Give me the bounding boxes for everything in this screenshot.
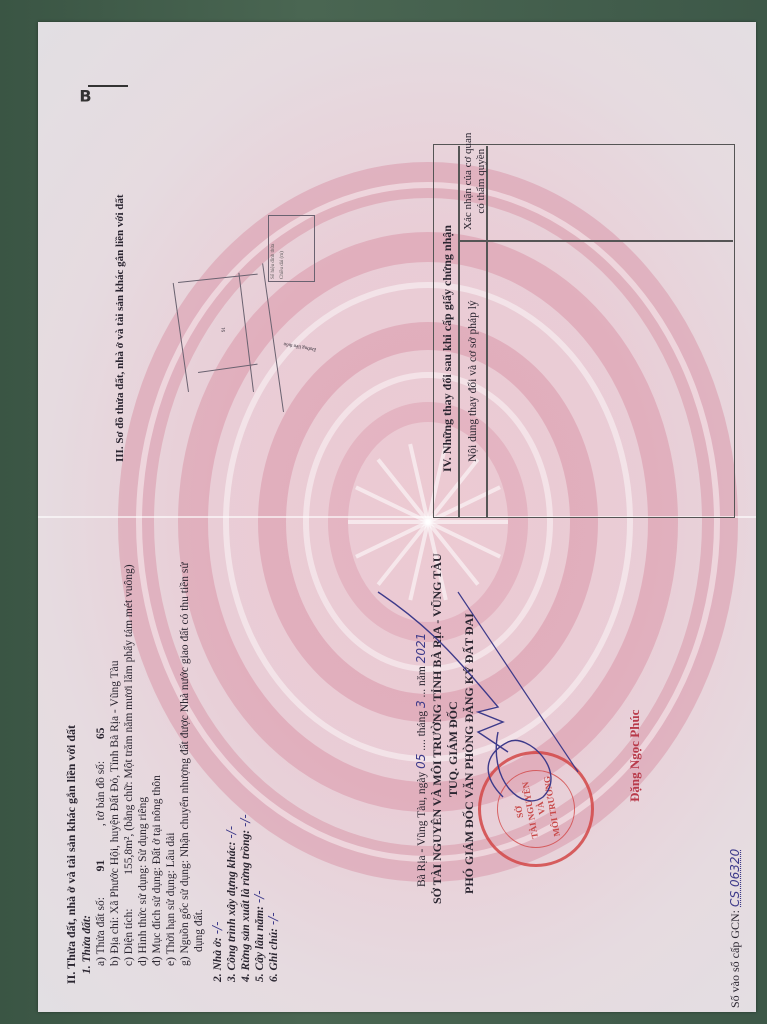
north-arrow-icon: B [76,90,95,102]
section-ii-title: II. Thửa đất, nhà ở và tài sản khác gắn … [64,725,78,984]
house-value: -/- [210,922,224,935]
perennial-trees-row: 5. Cây lâu năm: -/- [252,890,267,982]
other-construction-row: 3. Công trình xây dựng khác: -/- [224,826,239,982]
changes-col-content: Nội dung thay đổi và cơ sở pháp lý [466,300,480,462]
parcel-label: 91 [218,327,232,332]
usage-form-row: d) Hình thức sử dụng: Sử dụng riêng [136,797,150,966]
planted-forest-value: -/- [238,814,252,827]
north-arrow-shaft [88,85,128,87]
register-number-value: CS 06320 [728,849,742,907]
usage-origin-row: g) Nguồn gốc sử dụng: Nhận chuyển nhượng… [178,562,192,966]
register-number-row: Số vào sổ cấp GCN: CS 06320 [728,849,742,1008]
planted-forest-label: 4. Rừng sản xuất là rừng trồng: [240,830,252,982]
map-sheet-label: , tờ bản đồ số: [95,761,107,826]
map-sheet-value: 65 [95,728,107,740]
signer-name: Đặng Ngọc Phúc [628,710,642,802]
handwritten-signature [338,532,598,892]
area-label: c) Diện tích: [123,909,135,966]
confirmation-header-line2: có thẩm quyền [475,133,488,230]
left-page: II. Thửa đất, nhà ở và tài sản khác gắn … [38,522,756,1012]
usage-origin-row-cont: dụng đất. [192,909,206,952]
certificate-paper: II. Thửa đất, nhà ở và tài sản khác gắn … [38,22,756,1012]
parcel-number-row: a) Thửa đất số: 91 , tờ bản đồ số: 65 [94,728,108,966]
coord-header: Số hiệu đỉnh thửa [269,216,278,281]
parcel-number-label: a) Thửa đất số: [95,897,107,966]
notes-value: -/- [266,912,280,925]
other-construction-value: -/- [224,826,238,839]
road-label: Đường liên thôn [283,336,318,355]
perennial-trees-label: 5. Cây lâu năm: [254,906,266,982]
section-iii-title: III. Sơ đồ thửa đất, nhà ở và tài sản kh… [113,194,127,462]
table-divider [458,241,733,243]
other-construction-label: 3. Công trình xây dựng khác: [226,842,238,982]
coord-header: Chiều dài (m) [278,216,287,281]
notes-row: 6. Ghi chú: -/- [266,912,281,982]
register-number-label: Số vào sổ cấp GCN: [728,910,742,1008]
usage-purpose-row: đ) Mục đích sử dụng: Đất ở tại nông thôn [150,775,164,966]
parcel-number-value: 91 [95,860,107,872]
confirmation-header-line1: Xác nhận của cơ quan [462,133,475,230]
certificate-spread: II. Thửa đất, nhà ở và tài sản khác gắn … [0,0,767,1024]
right-page: III. Sơ đồ thửa đất, nhà ở và tài sản kh… [38,22,756,512]
house-row: 2. Nhà ở: -/- [210,922,225,982]
perennial-trees-value: -/- [252,890,266,903]
table-divider [458,146,460,518]
notes-label: 6. Ghi chú: [268,928,280,982]
address-row: b) Địa chỉ: Xã Phước Hội, huyện Đất Đỏ, … [108,660,122,966]
changes-col-confirmation: Xác nhận của cơ quan có thẩm quyền [462,133,488,230]
coordinate-table: Số hiệu đỉnh thửa Chiều dài (m) [268,215,315,282]
planted-forest-row: 4. Rừng sản xuất là rừng trồng: -/- [238,814,253,982]
item1-title: 1. Thửa đất: [80,915,94,974]
house-label: 2. Nhà ở: [212,937,224,982]
area-row: c) Diện tích: 155,8m², (bằng chữ: Một tr… [122,564,136,966]
section-iv-title: IV. Những thay đổi sau khi cấp giấy chứn… [440,225,454,472]
usage-term-row: e) Thời hạn sử dụng: Lâu dài [164,833,178,966]
area-value: 155,8m², (bằng chữ: Một trăm năm mươi lă… [123,564,135,874]
